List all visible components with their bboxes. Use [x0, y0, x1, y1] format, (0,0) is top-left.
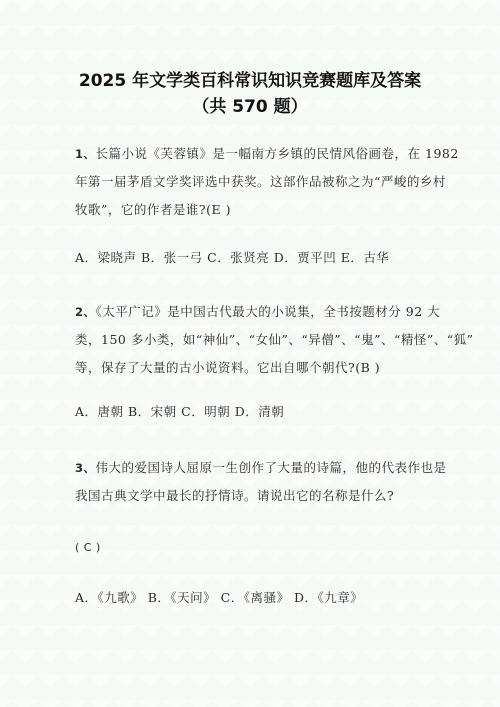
- question-1-line-2: 年第一届茅盾文学奖评选中获奖。这部作品被称之为“严峻的乡村: [75, 168, 415, 196]
- document-page: 2025 年文学类百科常识知识竞赛题库及答案 （共 570 题） 1、长篇小说《…: [0, 0, 500, 707]
- question-1: 1、长篇小说《芙蓉镇》是一幅南方乡镇的民情风俗画卷，在 1982 年第一届茅盾文…: [75, 140, 415, 224]
- question-2-options: A．唐朝 B．宋朝 C．明朝 D．清朝: [75, 398, 415, 426]
- document-title: 2025 年文学类百科常识知识竞赛题库及答案: [0, 66, 500, 91]
- question-2-line-3: 等，保存了大量的古小说资料。它出自哪个朝代?(B ): [75, 354, 415, 382]
- question-3-line-1: 3、伟大的爱国诗人屈原一生创作了大量的诗篇，他的代表作也是: [75, 454, 415, 482]
- question-2: 2、《太平广记》是中国古代最大的小说集，全书按题材分 92 大 类，150 多小…: [75, 298, 415, 382]
- question-1-line-3: 牧歌”，它的作者是谁?(E ): [75, 196, 415, 224]
- question-3-options: A．《九歌》 B．《天问》 C．《离骚》 D．《九章》: [75, 584, 415, 612]
- question-1-options: A．梁晓声 B．张一弓 C．张贤亮 D．贾平凹 E．古华: [75, 244, 415, 272]
- question-3-answer: ( C ): [75, 534, 415, 562]
- question-2-line-2: 类，150 多小类，如“神仙”、“女仙”、“异僧”、“鬼”、“精怪”、“狐”: [75, 326, 415, 354]
- question-1-line-1: 1、长篇小说《芙蓉镇》是一幅南方乡镇的民情风俗画卷，在 1982: [75, 140, 415, 168]
- document-subtitle: （共 570 题）: [0, 92, 500, 117]
- question-3: 3、伟大的爱国诗人屈原一生创作了大量的诗篇，他的代表作也是 我国古典文学中最长的…: [75, 454, 415, 510]
- question-3-line-2: 我国古典文学中最长的抒情诗。请说出它的名称是什么?: [75, 482, 415, 510]
- question-2-line-1: 2、《太平广记》是中国古代最大的小说集，全书按题材分 92 大: [75, 298, 415, 326]
